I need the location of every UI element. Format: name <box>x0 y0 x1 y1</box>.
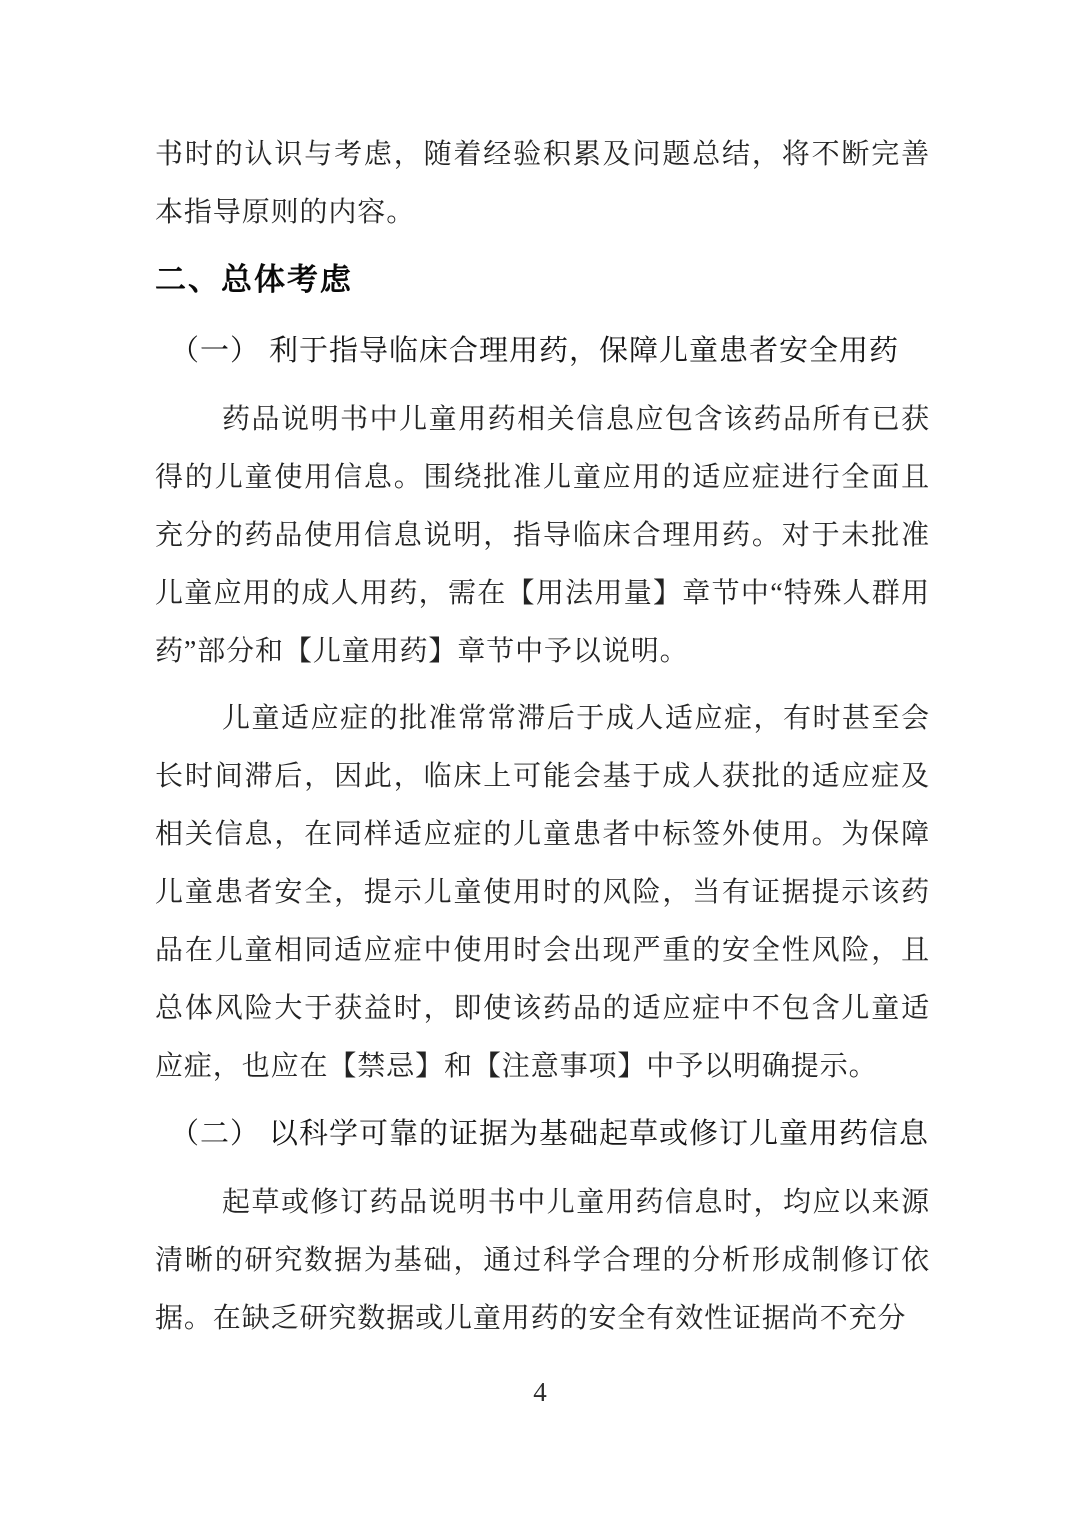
paragraph-2: 儿童适应症的批准常常滞后于成人适应症，有时甚至会长时间滞后，因此，临床上可能会基… <box>155 690 930 1096</box>
document-page: 书时的认识与考虑，随着经验积累及问题总结，将不断完善本指导原则的内容。 二、总体… <box>0 0 1080 1527</box>
subsection-heading-2: （二） 以科学可靠的证据为基础起草或修订儿童用药信息 <box>155 1105 930 1163</box>
continuation-paragraph: 书时的认识与考虑，随着经验积累及问题总结，将不断完善本指导原则的内容。 <box>155 126 930 242</box>
subsection-heading-1: （一） 利于指导临床合理用药，保障儿童患者安全用药 <box>155 322 930 380</box>
page-number: 4 <box>0 1372 1080 1412</box>
paragraph-3: 起草或修订药品说明书中儿童用药信息时，均应以来源清晰的研究数据为基础，通过科学合… <box>155 1174 930 1348</box>
paragraph-1: 药品说明书中儿童用药相关信息应包含该药品所有已获得的儿童使用信息。围绕批准儿童应… <box>155 391 930 681</box>
section-heading: 二、总体考虑 <box>155 251 930 309</box>
